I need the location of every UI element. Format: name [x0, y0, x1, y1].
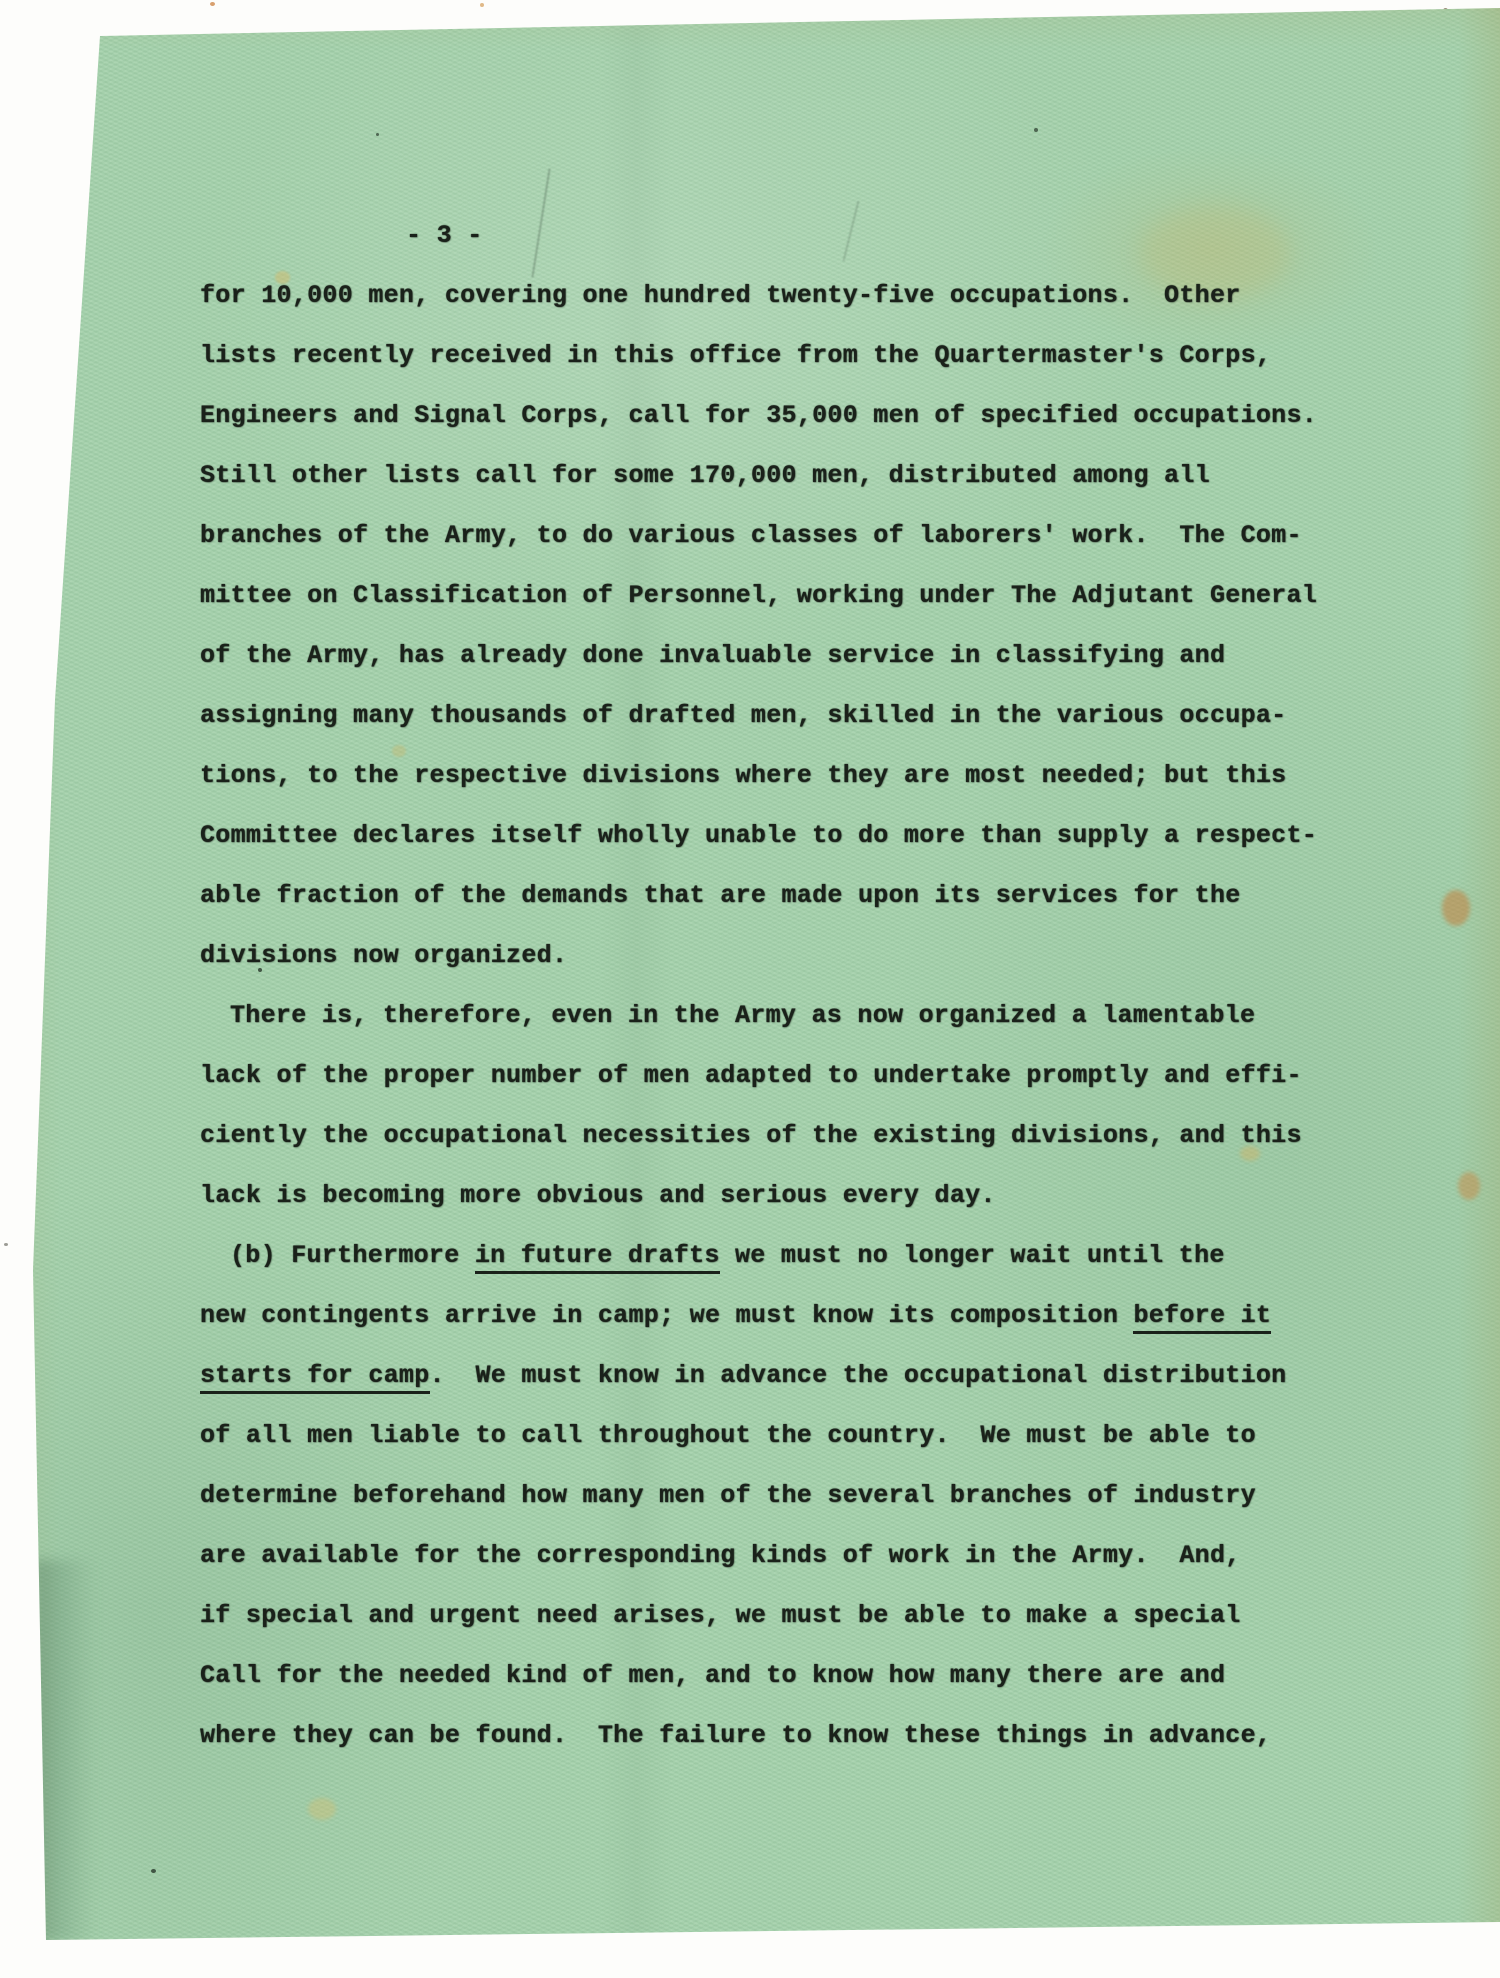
text-segment: lack of the proper number of men adapted…: [200, 1061, 1302, 1090]
ink-speck: [1034, 128, 1038, 132]
text-segment: Engineers and Signal Corps, call for 35,…: [200, 401, 1317, 430]
text-line: new contingents arrive in camp; we must …: [200, 1286, 1360, 1346]
underlined-text: in future drafts: [475, 1241, 720, 1274]
text-segment: we must no longer wait until the: [720, 1241, 1225, 1270]
text-line: ciently the occupational necessities of …: [200, 1106, 1360, 1166]
text-segment: Committee declares itself wholly unable …: [200, 821, 1317, 850]
underlined-text: starts for camp: [200, 1361, 430, 1394]
text-segment: where they can be found. The failure to …: [200, 1721, 1271, 1750]
text-segment: for 10,000 men, covering one hundred twe…: [200, 281, 1241, 310]
text-segment: (b) Furthermore: [230, 1241, 475, 1270]
text-line: able fraction of the demands that are ma…: [200, 866, 1360, 926]
text-line: branches of the Army, to do various clas…: [200, 506, 1360, 566]
text-line: where they can be found. The failure to …: [200, 1706, 1360, 1766]
text-segment: of all men liable to call throughout the…: [200, 1421, 1256, 1450]
text-segment: branches of the Army, to do various clas…: [200, 521, 1302, 550]
text-segment: mittee on Classification of Personnel, w…: [200, 581, 1317, 610]
stain: [1458, 1172, 1480, 1200]
stain: [1442, 890, 1470, 926]
text-line: of the Army, has already done invaluable…: [200, 626, 1360, 686]
text-segment: assigning many thousands of drafted men,…: [200, 701, 1286, 730]
text-line: lack of the proper number of men adapted…: [200, 1046, 1360, 1106]
dust-speck: [210, 2, 215, 6]
text-line: (b) Furthermore in future drafts we must…: [200, 1226, 1360, 1286]
typed-text: - 3 - for 10,000 men, covering one hundr…: [200, 206, 1360, 1766]
text-line: lack is becoming more obvious and seriou…: [200, 1166, 1360, 1226]
text-segment: lists recently received in this office f…: [200, 341, 1271, 370]
text-segment: determine beforehand how many men of the…: [200, 1481, 1256, 1510]
text-line: lists recently received in this office f…: [200, 326, 1360, 386]
text-segment: tions, to the respective divisions where…: [200, 761, 1286, 790]
text-segment: of the Army, has already done invaluable…: [200, 641, 1225, 670]
text-line: There is, therefore, even in the Army as…: [200, 986, 1360, 1046]
text-line: for 10,000 men, covering one hundred twe…: [200, 266, 1360, 326]
dust-speck: [480, 3, 484, 7]
scanner-background: - 3 - for 10,000 men, covering one hundr…: [0, 0, 1500, 1978]
stain: [308, 1798, 336, 1820]
text-line: tions, to the respective divisions where…: [200, 746, 1360, 806]
text-segment: are available for the corresponding kind…: [200, 1541, 1241, 1570]
text-line: divisions now organized.: [200, 926, 1360, 986]
text-segment: new contingents arrive in camp; we must …: [200, 1301, 1133, 1330]
text-line: Call for the needed kind of men, and to …: [200, 1646, 1360, 1706]
text-line: starts for camp. We must know in advance…: [200, 1346, 1360, 1406]
text-line: Still other lists call for some 170,000 …: [200, 446, 1360, 506]
text-line: determine beforehand how many men of the…: [200, 1466, 1360, 1526]
text-segment: lack is becoming more obvious and seriou…: [200, 1181, 996, 1210]
underlined-text: before it: [1133, 1301, 1271, 1334]
paper-sheet: - 3 - for 10,000 men, covering one hundr…: [0, 0, 1500, 1978]
text-line: assigning many thousands of drafted men,…: [200, 686, 1360, 746]
text-line: mittee on Classification of Personnel, w…: [200, 566, 1360, 626]
text-segment: Call for the needed kind of men, and to …: [200, 1661, 1225, 1690]
text-segment: There is, therefore, even in the Army as…: [230, 1001, 1255, 1030]
paper-fold-shade: [33, 1560, 97, 1942]
text-line: of all men liable to call throughout the…: [200, 1406, 1360, 1466]
text-segment: Still other lists call for some 170,000 …: [200, 461, 1210, 490]
typed-text-lines: for 10,000 men, covering one hundred twe…: [200, 266, 1360, 1766]
text-segment: able fraction of the demands that are ma…: [200, 881, 1241, 910]
ink-speck: [376, 133, 379, 136]
page-number: - 3 -: [200, 206, 1360, 266]
text-line: Committee declares itself wholly unable …: [200, 806, 1360, 866]
text-line: Engineers and Signal Corps, call for 35,…: [200, 386, 1360, 446]
text-line: are available for the corresponding kind…: [200, 1526, 1360, 1586]
text-segment: ciently the occupational necessities of …: [200, 1121, 1302, 1150]
ink-speck: [151, 1869, 156, 1873]
text-segment: . We must know in advance the occupation…: [430, 1361, 1287, 1390]
dust-speck: [4, 1243, 8, 1246]
text-segment: divisions now organized.: [200, 941, 567, 970]
text-line: if special and urgent need arises, we mu…: [200, 1586, 1360, 1646]
text-segment: if special and urgent need arises, we mu…: [200, 1601, 1241, 1630]
